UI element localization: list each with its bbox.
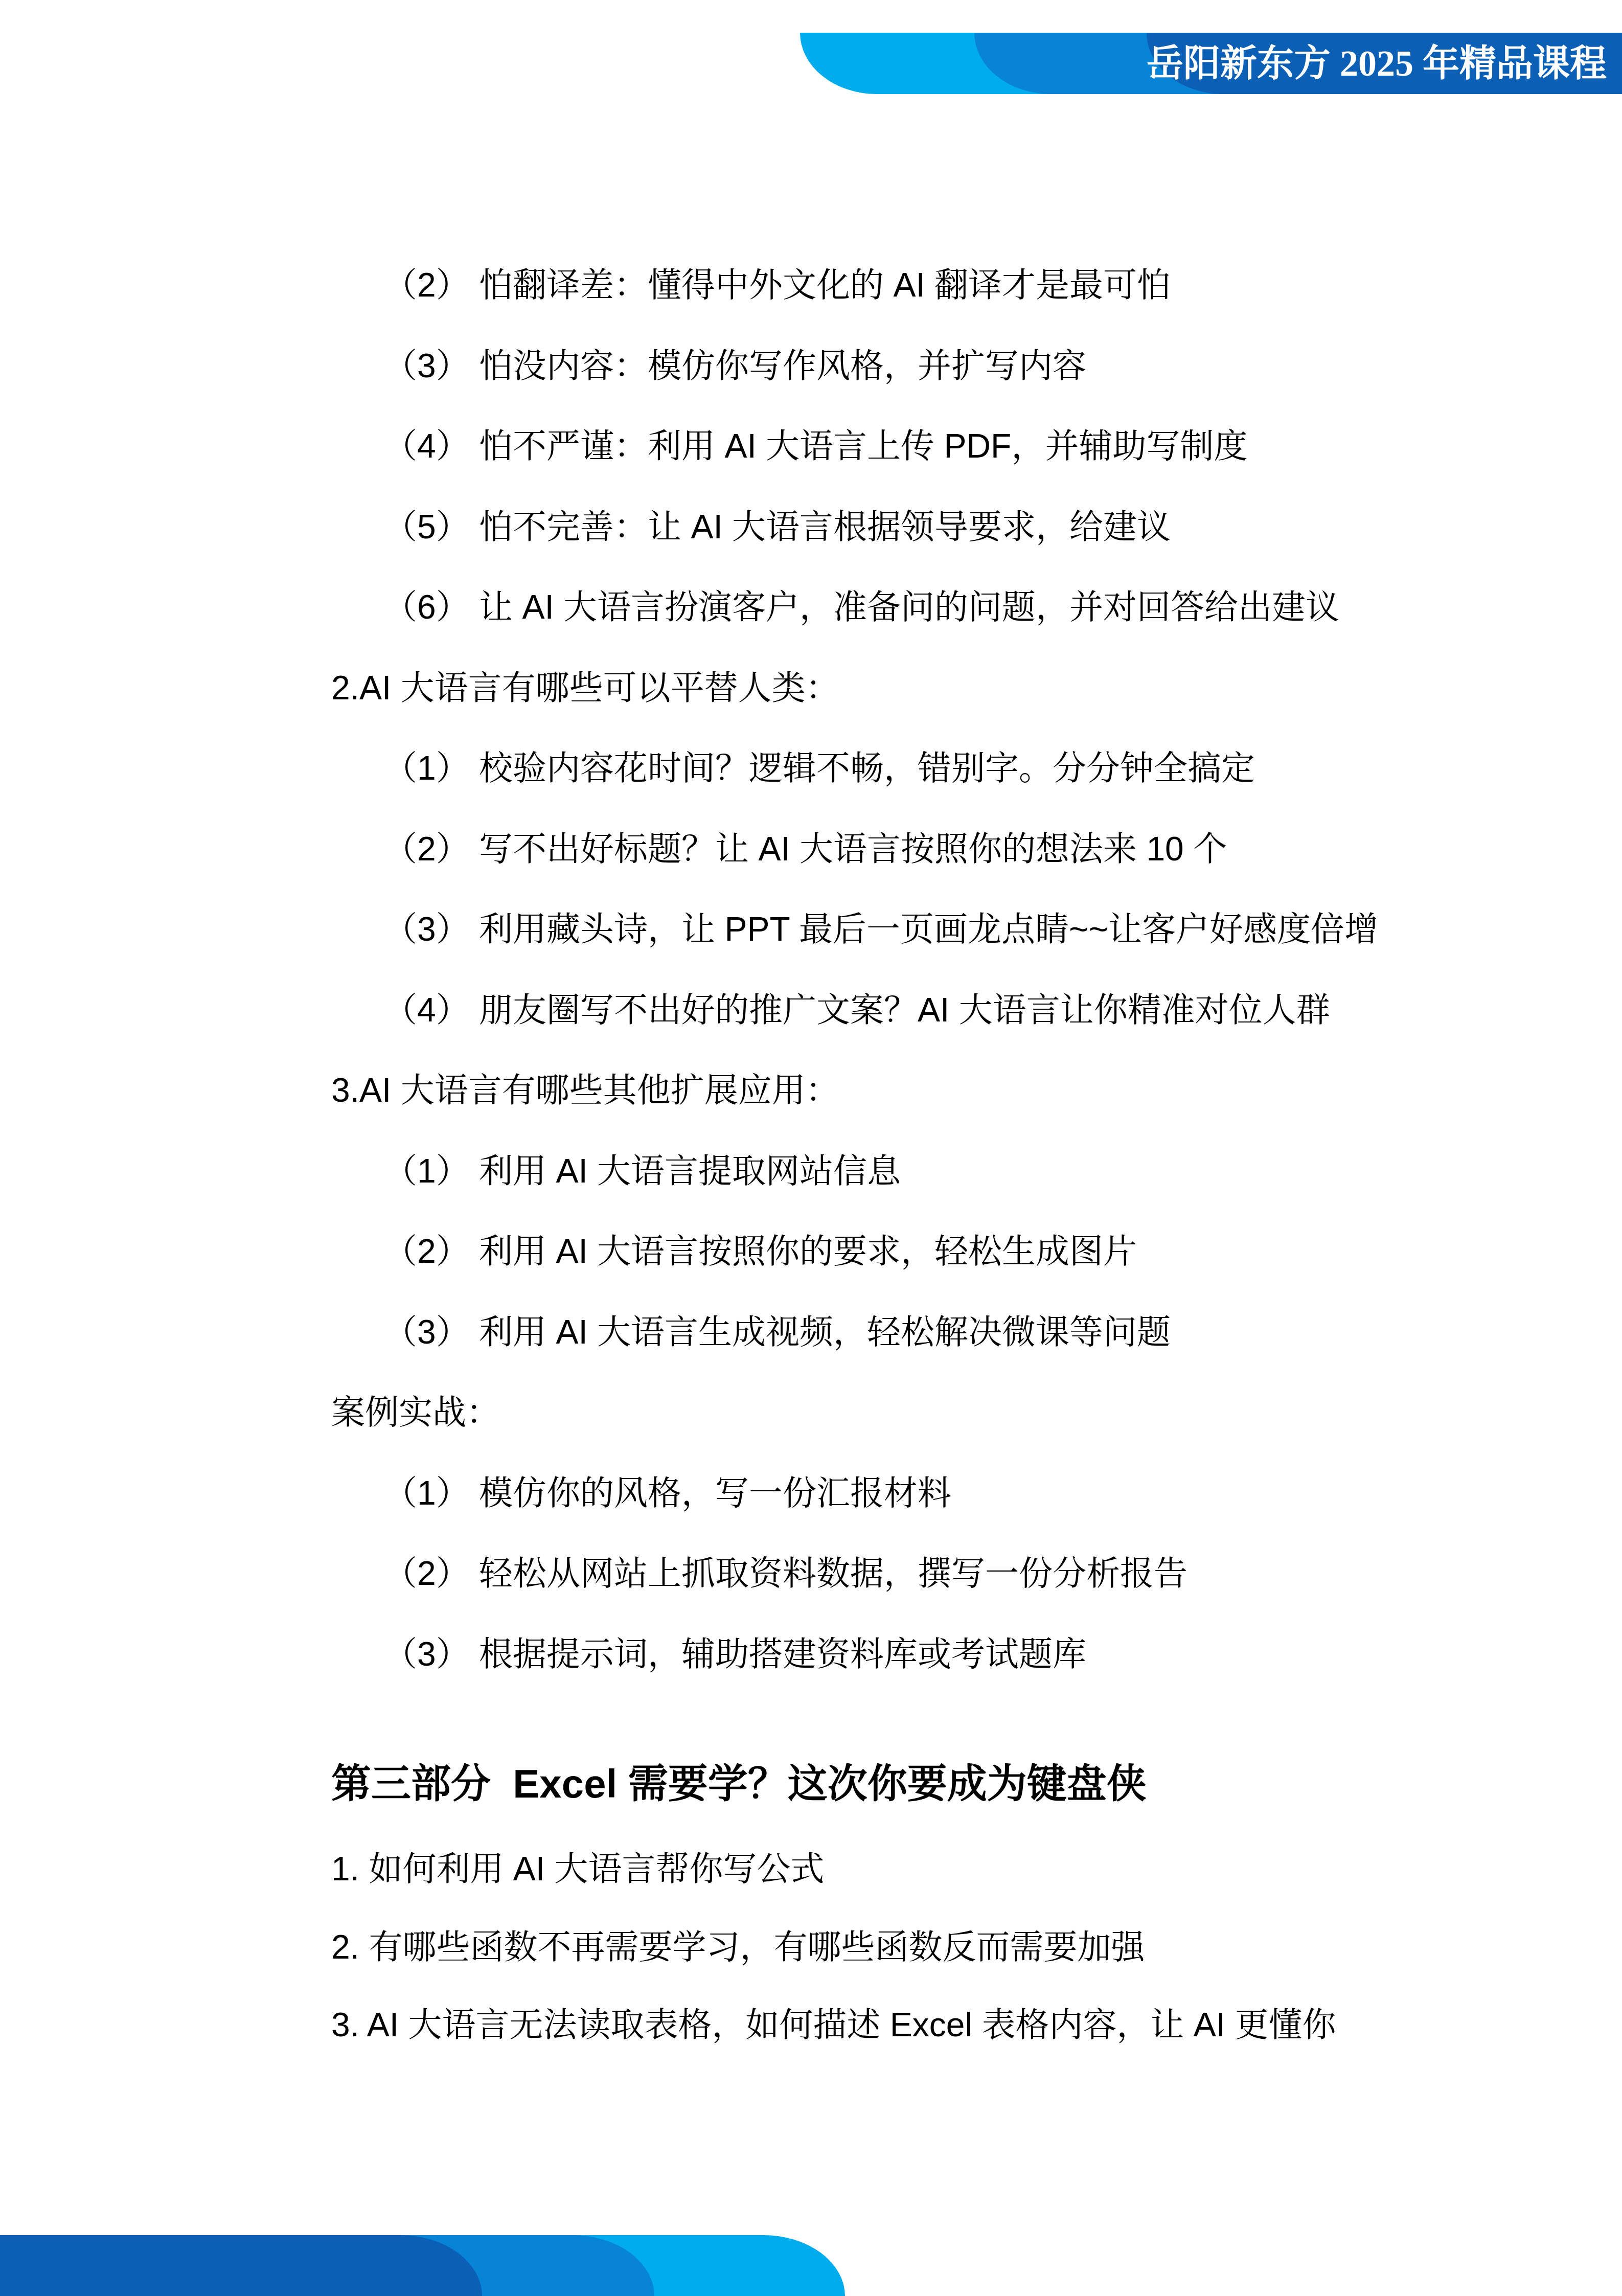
list-item: （4） 朋友圈写不出好的推广文案？AI 大语言让你精准对位人群 <box>331 970 1573 1051</box>
list-item: 2. 有哪些函数不再需要学习，有哪些函数反而需要加强 <box>331 1908 1573 1986</box>
header-band-dark-shape: 岳阳新东方 2025 年精品课程 <box>1147 33 1622 94</box>
list-item: （1） 校验内容花时间？逻辑不畅，错别字。分分钟全搞定 <box>331 728 1573 809</box>
footer-band-dark-shape <box>0 2235 482 2296</box>
body-text: （2） 怕翻译差：懂得中外文化的 AI 翻译才是最可怕 （3） 怕没内容：模仿你… <box>331 245 1573 1694</box>
list-item: （1） 利用 AI 大语言提取网站信息 <box>331 1131 1573 1212</box>
list-item: （2） 怕翻译差：懂得中外文化的 AI 翻译才是最可怕 <box>331 245 1573 326</box>
list-item: （3） 利用藏头诗，让 PPT 最后一页画龙点睛~~让客户好感度倍增 <box>331 889 1573 970</box>
list-item: 1. 如何利用 AI 大语言帮你写公式 <box>331 1830 1573 1908</box>
list-item: （5） 怕不完善：让 AI 大语言根据领导要求，给建议 <box>331 487 1573 567</box>
list-item: （2） 写不出好标题？让 AI 大语言按照你的想法来 10 个 <box>331 809 1573 890</box>
list-item: （4） 怕不严谨：利用 AI 大语言上传 PDF，并辅助写制度 <box>331 406 1573 487</box>
list-item: （2） 利用 AI 大语言按照你的要求，轻松生成图片 <box>331 1211 1573 1292</box>
list-item: （3） 利用 AI 大语言生成视频，轻松解决微课等问题 <box>331 1292 1573 1373</box>
part-three-heading: 第三部分 Excel 需要学？这次你要成为键盘侠 <box>331 1744 1573 1824</box>
list-item: （1） 模仿你的风格，写一份汇报材料 <box>331 1453 1573 1534</box>
part-three-list: 1. 如何利用 AI 大语言帮你写公式 2. 有哪些函数不再需要学习，有哪些函数… <box>331 1830 1573 2064</box>
document-page: 岳阳新东方 2025 年精品课程 （2） 怕翻译差：懂得中外文化的 AI 翻译才… <box>0 0 1622 2296</box>
list-item: （3） 怕没内容：模仿你写作风格，并扩写内容 <box>331 326 1573 406</box>
header-title: 岳阳新东方 2025 年精品课程 <box>1147 45 1607 82</box>
section-item: 3.AI 大语言有哪些其他扩展应用： <box>331 1050 1573 1131</box>
list-item: （2） 轻松从网站上抓取资料数据，撰写一份分析报告 <box>331 1533 1573 1614</box>
list-item: （3） 根据提示词，辅助搭建资料库或考试题库 <box>331 1614 1573 1695</box>
list-item: （6） 让 AI 大语言扮演客户，准备问的问题，并对回答给出建议 <box>331 567 1573 648</box>
section-item: 案例实战： <box>331 1372 1573 1453</box>
list-item: 3. AI 大语言无法读取表格，如何描述 Excel 表格内容，让 AI 更懂你 <box>331 1986 1573 2064</box>
section-item: 2.AI 大语言有哪些可以平替人类： <box>331 648 1573 729</box>
